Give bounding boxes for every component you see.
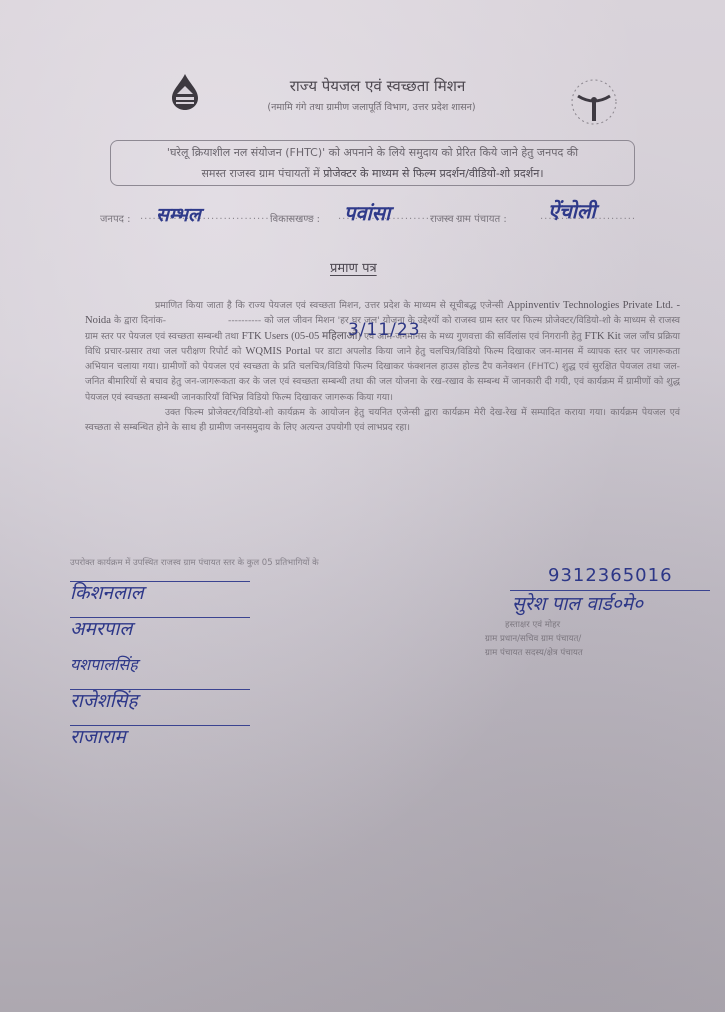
- participant-signatures: किशनलाल अमरपाल यशपालसिंह राजेशसिंह राजार…: [70, 575, 270, 755]
- scanned-document-page: राज्य पेयजल एवं स्वच्छता मिशन (नमामि गंग…: [0, 0, 725, 1012]
- certificate-body: प्रमाणित किया जाता है कि राज्य पेयजल एवं…: [85, 298, 680, 436]
- location-row: जनपद : .................................…: [100, 205, 660, 235]
- participant-name: किशनलाल: [70, 582, 144, 604]
- participant-signature: राजेशसिंह: [70, 683, 270, 719]
- subject-box: 'घरेलू क्रियाशील नल संयोजन (FHTC)' को अप…: [110, 140, 635, 186]
- village-label: राजस्व ग्राम पंचायत :: [430, 211, 507, 225]
- district-value: सम्भल: [156, 201, 201, 227]
- wqmis-portal-text: WQMIS Portal: [245, 346, 311, 357]
- certificate-paragraph-1: प्रमाणित किया जाता है कि राज्य पेयजल एवं…: [85, 298, 680, 405]
- block-label: विकासखण्ड :: [270, 211, 320, 225]
- caption-line-2: ग्राम प्रधान/सचिव ग्राम पंचायत/: [485, 632, 583, 646]
- ftk-kit-text: FTK Kit: [584, 331, 620, 342]
- participants-note: उपरोक्त कार्यक्रम में उपस्थित राजस्व ग्र…: [70, 557, 319, 568]
- district-label: जनपद :: [100, 211, 131, 225]
- participant-signature: अमरपाल: [70, 611, 270, 647]
- signatory-caption: हस्ताक्षर एवं मोहर ग्राम प्रधान/सचिव ग्र…: [485, 618, 583, 660]
- signatory-phone: 9312365016: [548, 565, 673, 586]
- subject-line-2: समस्त राजस्व ग्राम पंचायतों में प्रोजेक्…: [111, 163, 634, 184]
- signatory-signature: सुरेश पाल वार्ड०मे०: [512, 590, 643, 616]
- para1-text-a: प्रमाणित किया जाता है कि राज्य पेयजल एवं…: [155, 300, 507, 311]
- block-value: पवांसा: [344, 199, 390, 226]
- certificate-paragraph-2: उक्त फिल्म प्रोजेक्टर/विडियो-शो कार्यक्र…: [85, 405, 680, 436]
- participant-signature: यशपालसिंह: [70, 647, 270, 683]
- subject-line-1: 'घरेलू क्रियाशील नल संयोजन (FHTC)' को अप…: [111, 142, 634, 163]
- subject-line-2-strong: प्रोजेक्टर के माध्यम से फिल्म प्रदर्शन/व…: [323, 167, 543, 180]
- up-government-emblem-icon: [568, 76, 620, 128]
- para1-text-b: के द्वारा दिनांक-: [111, 315, 166, 326]
- caption-line-1: हस्ताक्षर एवं मोहर: [485, 618, 583, 632]
- certificate-title: प्रमाण पत्र: [330, 258, 377, 276]
- participant-signature: किशनलाल: [70, 575, 270, 611]
- participant-name: अमरपाल: [70, 618, 132, 640]
- handwritten-date: 3/11/23: [348, 320, 421, 340]
- ftk-users-text: FTK Users (05-05 महिलाओं): [242, 331, 361, 342]
- participant-name: राजाराम: [70, 726, 126, 748]
- participant-name: राजेशसिंह: [70, 690, 138, 712]
- participant-name: यशपालसिंह: [70, 655, 138, 674]
- subject-line-2-plain: समस्त राजस्व ग्राम पंचायतों में: [202, 167, 324, 180]
- village-value: ऐंचोली: [548, 197, 596, 224]
- caption-line-3: ग्राम पंचायत सदस्य/क्षेत्र पंचायत: [485, 646, 583, 660]
- participant-signature: राजाराम: [70, 719, 270, 755]
